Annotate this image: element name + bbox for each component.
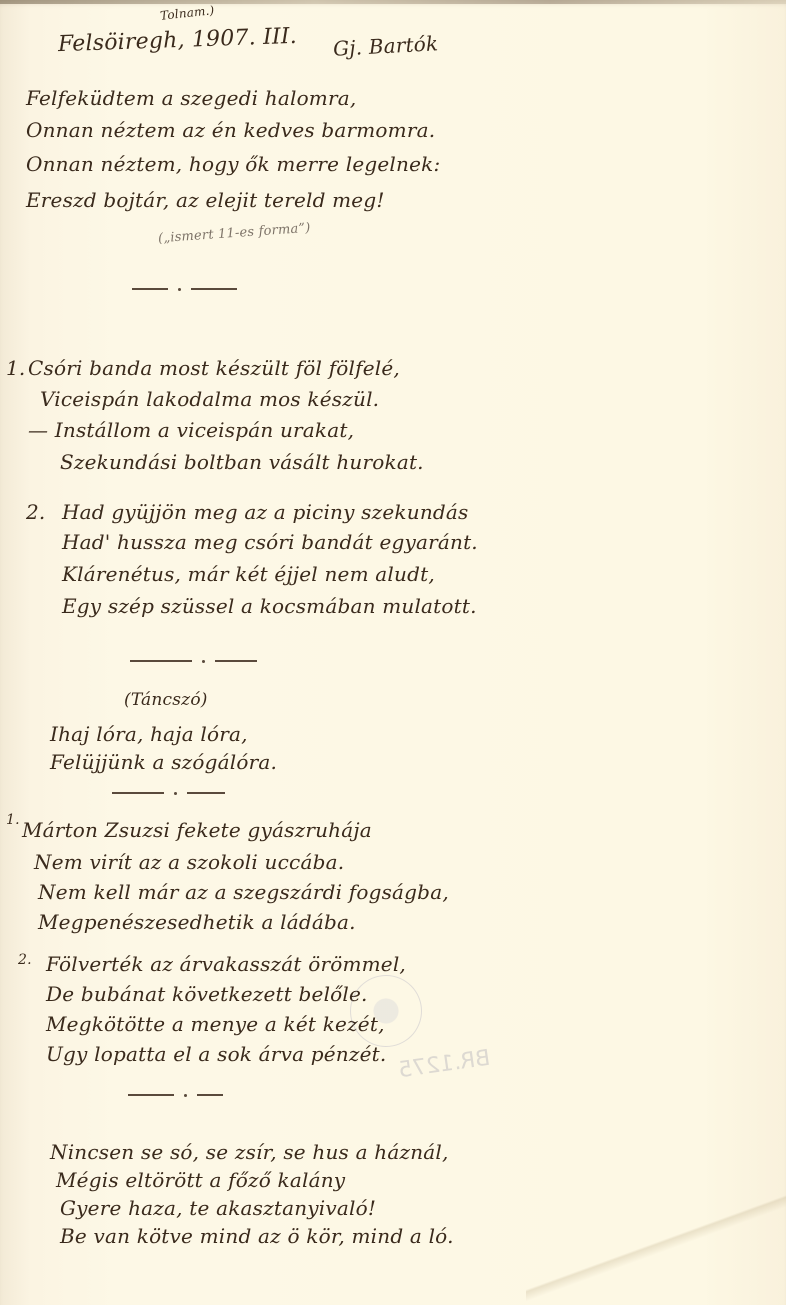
collector-signature: Gj. Bartók	[332, 31, 438, 60]
verse-line: Megpenészesedhetik a ládába.	[38, 910, 356, 934]
verse-line: Mégis eltörött a főző kalány	[56, 1168, 345, 1192]
verse-line: Klárenétus, már két éjjel nem aludt,	[62, 562, 435, 586]
section-divider	[128, 1094, 223, 1096]
verse-line: Felfeküdtem a szegedi halomra,	[26, 86, 356, 110]
section-divider	[130, 660, 257, 662]
verse-line: Nem kell már az a szegszárdi fogságba,	[38, 880, 449, 904]
verse-line: Márton Zsuzsi fekete gyászruhája	[22, 818, 372, 842]
pencil-note: („ismert 11-es forma”)	[158, 221, 311, 247]
verse-line: Be van kötve mind az ö kör, mind a ló.	[60, 1224, 454, 1248]
verse-number: 1.	[6, 812, 20, 828]
verse-number: 2.	[26, 500, 45, 524]
section-divider	[112, 792, 225, 794]
place-annotation: Tolnam.)	[159, 3, 215, 23]
verse-line: Csóri banda most készült föl fölfelé,	[28, 356, 400, 380]
verse-line: Ugy lopatta el a sok árva pénzét.	[46, 1042, 386, 1066]
verse-line: Ihaj lóra, haja lóra,	[50, 722, 248, 746]
manuscript-page: Tolnam.) Felsöiregh, 1907. III. Gj. Bart…	[0, 0, 786, 1305]
verse-line: De bubánat következett belőle.	[46, 982, 368, 1006]
verse-line: Fölverték az árvakasszát örömmel,	[46, 952, 406, 976]
verse-line: Nem virít az a szokoli uccába.	[34, 850, 344, 874]
verse-line: Megkötötte a menye a két kezét,	[46, 1012, 385, 1036]
verse-line: Felüjjünk a szógálóra.	[50, 750, 277, 774]
verse-line: Viceispán lakodalma mos készül.	[40, 387, 379, 411]
verse-line: Onnan néztem, hogy ők merre legelnek:	[26, 152, 440, 176]
verse-line: — Instállom a viceispán urakat,	[28, 418, 354, 442]
verse-number: 1.	[6, 356, 25, 380]
section-heading: (Táncszó)	[124, 690, 208, 710]
verse-line: Onnan néztem az én kedves barmomra.	[26, 118, 435, 142]
section-divider	[132, 288, 237, 290]
verse-number: 2.	[18, 952, 32, 968]
verse-line: Nincsen se só, se zsír, se hus a háznál,	[50, 1140, 449, 1164]
verse-line: Had gyüjjön meg az a piciny szekundás	[62, 500, 469, 524]
stamp-text: BR.1275	[397, 1046, 492, 1084]
verse-line: Egy szép szüssel a kocsmában mulatott.	[62, 594, 477, 618]
library-stamp	[350, 975, 422, 1047]
place-date: Felsöiregh, 1907. III.	[58, 24, 298, 57]
verse-line: Ereszd bojtár, az elejit tereld meg!	[26, 188, 385, 212]
verse-line: Had' hussza meg csóri bandát egyaránt.	[62, 530, 478, 554]
verse-line: Szekundási boltban vásált hurokat.	[60, 450, 424, 474]
verse-line: Gyere haza, te akasztanyivaló!	[60, 1196, 376, 1220]
